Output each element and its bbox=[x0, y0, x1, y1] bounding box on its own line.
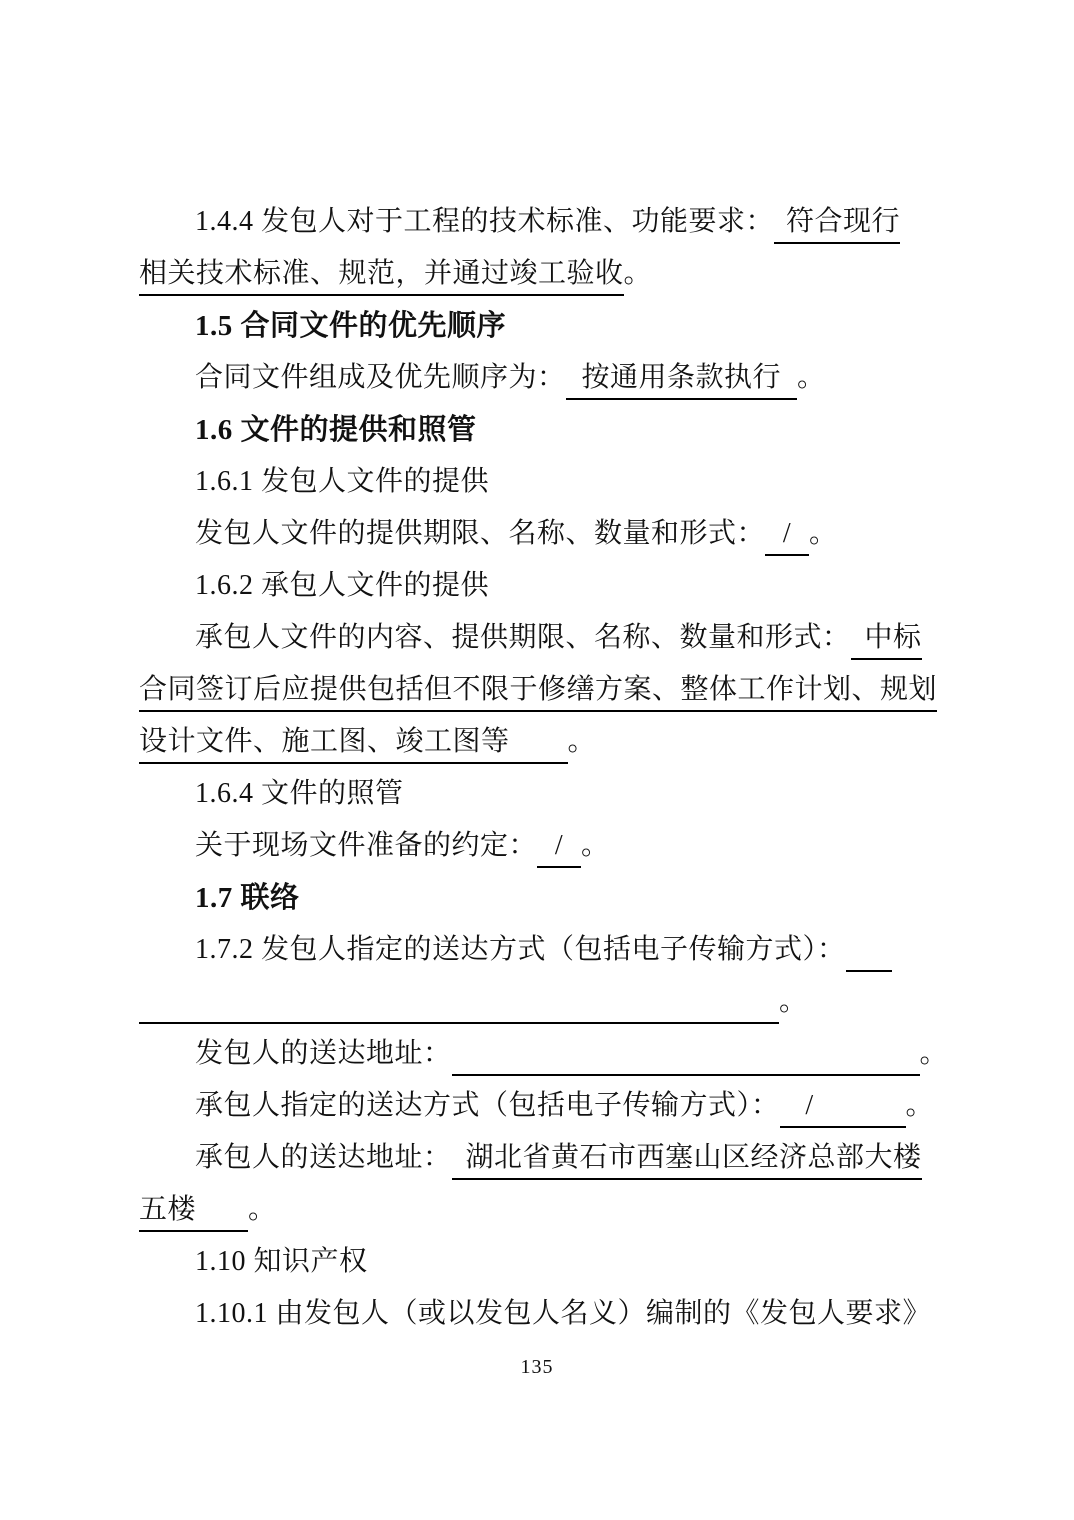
doc-line-13: 关于现场文件准备的约定：/。 bbox=[139, 820, 954, 872]
doc-line-8: 1.6.2 承包人文件的提供 bbox=[139, 560, 954, 612]
doc-line-2: 相关技术标准、规范，并通过竣工验收。 bbox=[139, 248, 954, 300]
text-run: 1.7.2 发包人指定的送达方式（包括电子传输方式）： bbox=[195, 934, 846, 965]
doc-line-21: 1.10 知识产权 bbox=[139, 1236, 954, 1288]
underlined-text: 按通用条款执行 bbox=[582, 358, 782, 400]
text-run: 1.10.1 由发包人（或以发包人名义）编制的《发包人要求》 bbox=[195, 1298, 931, 1329]
blank-underline-field bbox=[452, 1138, 466, 1180]
text-run: 1.5 合同文件的优先顺序 bbox=[195, 310, 506, 342]
document-body: 1.4.4 发包人对于工程的技术标准、功能要求： 符合现行相关技术标准、规范，并… bbox=[139, 196, 954, 1340]
text-run: 。 bbox=[779, 986, 808, 1017]
doc-line-20: 五楼 。 bbox=[139, 1184, 954, 1236]
slash-underline-field: / bbox=[537, 826, 581, 868]
text-run: 承包人指定的送达方式（包括电子传输方式）： bbox=[195, 1090, 780, 1121]
text-run: 。 bbox=[568, 726, 597, 757]
doc-line-7: 发包人文件的提供期限、名称、数量和形式：/。 bbox=[139, 508, 954, 560]
underlined-text: 合同签订后应提供包括但不限于修缮方案、整体工作计划、规划 bbox=[139, 670, 937, 712]
text-run: 。 bbox=[248, 1194, 277, 1225]
underlined-text: 湖北省黄石市西塞山区经济总部大楼 bbox=[466, 1138, 922, 1180]
doc-line-11: 设计文件、施工图、竣工图等 。 bbox=[139, 716, 954, 768]
doc-line-17: 发包人的送达地址： 。 bbox=[139, 1028, 954, 1080]
text-run: 1.6.4 文件的照管 bbox=[195, 778, 404, 809]
text-run: 。 bbox=[797, 362, 826, 393]
text-run: 。 bbox=[624, 258, 653, 289]
document-page: 1.4.4 发包人对于工程的技术标准、功能要求： 符合现行相关技术标准、规范，并… bbox=[0, 0, 1074, 1520]
doc-line-14: 1.7 联络 bbox=[139, 872, 954, 924]
doc-line-10: 合同签订后应提供包括但不限于修缮方案、整体工作计划、规划 bbox=[139, 664, 954, 716]
underlined-text: 五楼 bbox=[139, 1190, 196, 1232]
doc-line-9: 承包人文件的内容、提供期限、名称、数量和形式： 中标 bbox=[139, 612, 954, 664]
doc-line-15: 1.7.2 发包人指定的送达方式（包括电子传输方式）： bbox=[139, 924, 954, 976]
underlined-text: 设计文件、施工图、竣工图等 bbox=[139, 722, 510, 764]
blank-underline-field bbox=[139, 982, 779, 1024]
text-run: 1.4.4 发包人对于工程的技术标准、功能要求： bbox=[195, 206, 774, 237]
doc-line-18: 承包人指定的送达方式（包括电子传输方式）：/ 。 bbox=[139, 1080, 954, 1132]
doc-line-5: 1.6 文件的提供和照管 bbox=[139, 404, 954, 456]
text-run: 。 bbox=[809, 518, 838, 549]
text-run: 。 bbox=[920, 1038, 949, 1069]
slash-underline-field: / bbox=[765, 514, 809, 556]
blank-underline-field bbox=[452, 1034, 920, 1076]
text-run: 。 bbox=[906, 1090, 935, 1121]
blank-underline-field bbox=[840, 1086, 906, 1128]
text-run: 合同文件组成及优先顺序为： bbox=[195, 362, 566, 393]
doc-line-12: 1.6.4 文件的照管 bbox=[139, 768, 954, 820]
text-run: 1.7 联络 bbox=[195, 882, 300, 914]
text-run: 发包人的送达地址： bbox=[195, 1038, 452, 1069]
blank-underline-field bbox=[774, 202, 786, 244]
slash-underline-field: / bbox=[780, 1086, 840, 1128]
text-run: 。 bbox=[581, 830, 610, 861]
doc-line-4: 合同文件组成及优先顺序为： 按通用条款执行 。 bbox=[139, 352, 954, 404]
text-run: 1.6.1 发包人文件的提供 bbox=[195, 466, 489, 497]
text-run: 发包人文件的提供期限、名称、数量和形式： bbox=[195, 518, 765, 549]
underlined-text: 符合现行 bbox=[786, 202, 900, 244]
text-run: 承包人文件的内容、提供期限、名称、数量和形式： bbox=[195, 622, 851, 653]
blank-underline-field bbox=[781, 358, 797, 400]
blank-underline-field bbox=[566, 358, 582, 400]
underlined-text: 相关技术标准、规范，并通过竣工验收 bbox=[139, 254, 624, 296]
page-number: 135 bbox=[0, 1356, 1074, 1379]
doc-line-3: 1.5 合同文件的优先顺序 bbox=[139, 300, 954, 352]
text-run: 1.6.2 承包人文件的提供 bbox=[195, 570, 489, 601]
text-run: 承包人的送达地址： bbox=[195, 1142, 452, 1173]
underlined-text: 中标 bbox=[865, 618, 922, 660]
doc-line-6: 1.6.1 发包人文件的提供 bbox=[139, 456, 954, 508]
text-run: 1.10 知识产权 bbox=[195, 1246, 368, 1277]
doc-line-22: 1.10.1 由发包人（或以发包人名义）编制的《发包人要求》 bbox=[139, 1288, 954, 1340]
blank-underline-field bbox=[846, 930, 892, 972]
blank-underline-field bbox=[851, 618, 865, 660]
blank-underline-field bbox=[196, 1190, 248, 1232]
text-run: 关于现场文件准备的约定： bbox=[195, 830, 537, 861]
blank-underline-field bbox=[510, 722, 568, 764]
doc-line-16: 。 bbox=[139, 976, 954, 1028]
text-run: 1.6 文件的提供和照管 bbox=[195, 414, 477, 446]
doc-line-19: 承包人的送达地址： 湖北省黄石市西塞山区经济总部大楼 bbox=[139, 1132, 954, 1184]
doc-line-1: 1.4.4 发包人对于工程的技术标准、功能要求： 符合现行 bbox=[139, 196, 954, 248]
